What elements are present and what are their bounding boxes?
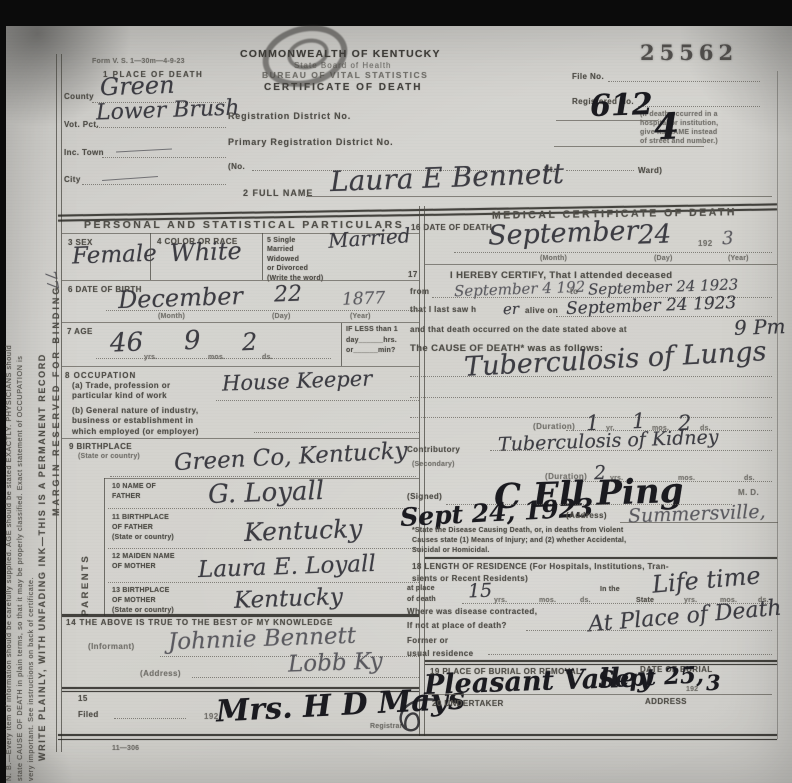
margin-nb-line-3: very important. See instructions on back… bbox=[26, 386, 35, 781]
dob-year-value: 1877 bbox=[342, 288, 386, 309]
undertaker-label: 20 UNDERTAKER bbox=[432, 699, 504, 709]
sex-row-bottom-line bbox=[62, 280, 419, 281]
vot-pct-blank-line bbox=[96, 127, 226, 128]
birthplace-value: Green Co, Kentucky bbox=[173, 438, 408, 476]
if-not-line bbox=[526, 630, 772, 631]
in-the-label: In the bbox=[600, 585, 620, 594]
former-residence-label: Former or usual residence bbox=[407, 635, 473, 661]
city-blank-line bbox=[82, 184, 226, 185]
informant-label: (Informant) bbox=[88, 642, 135, 652]
dod-row-bottom-line bbox=[425, 264, 777, 265]
where-contracted-label: Where was disease contracted, bbox=[407, 607, 537, 617]
primary-district-line bbox=[554, 146, 704, 147]
margin-write-plainly-note: WRITE PLAINLY, WITH UNFADING INK—THIS IS… bbox=[37, 181, 47, 761]
file-no-label: File No. bbox=[572, 72, 604, 82]
birthplace-line bbox=[110, 476, 416, 477]
occupation-b-line bbox=[254, 432, 419, 433]
dod-line bbox=[454, 252, 772, 253]
dob-month-label: (Month) bbox=[158, 312, 185, 321]
form-right-border bbox=[777, 71, 778, 739]
mother-name-value: Laura E. Loyall bbox=[198, 551, 377, 583]
birthplace-label: 9 BIRTHPLACE bbox=[69, 442, 132, 452]
marital-value: Married bbox=[327, 223, 411, 253]
mother-birthplace-label: 13 BIRTHPLACE OF MOTHER (State or countr… bbox=[112, 586, 174, 615]
father-birthplace-line bbox=[108, 548, 419, 549]
contributory-value: Tuberculosis of Kidney bbox=[498, 426, 719, 456]
signed-address-label: (Address) bbox=[566, 511, 607, 521]
header-certificate-title: CERTIFICATE OF DEATH bbox=[264, 81, 423, 94]
dod-day-label: (Day) bbox=[654, 254, 673, 263]
file-no-blank-line bbox=[608, 81, 760, 82]
informant-address-label: (Address) bbox=[140, 669, 181, 679]
parents-box-divider bbox=[104, 478, 105, 616]
md-label: M. D. bbox=[738, 488, 759, 498]
dod-day-value: 24 bbox=[637, 219, 671, 250]
dod-printed-year: 192 bbox=[698, 239, 713, 249]
registration-district-line bbox=[556, 120, 658, 121]
alive-on-label: alive on bbox=[525, 306, 558, 316]
street-blank-line bbox=[566, 170, 634, 171]
father-name-line bbox=[108, 508, 419, 509]
marital-label: 5 Single Married Widowed or Divorced (Wr… bbox=[267, 236, 323, 283]
form-left-border-outer bbox=[56, 54, 57, 752]
city-label: City bbox=[64, 175, 81, 185]
form-code: 11—306 bbox=[112, 744, 139, 753]
county-label: County bbox=[64, 92, 94, 102]
parents-label: PARENTS bbox=[80, 488, 91, 616]
age-line bbox=[96, 358, 331, 359]
header-bureau: BUREAU OF VITAL STATISTICS bbox=[262, 70, 428, 81]
dob-day-value: 22 bbox=[274, 282, 303, 308]
mother-birthplace-value: Kentucky bbox=[234, 584, 344, 614]
scanned-death-certificate: N. B.—Every item of information should b… bbox=[0, 0, 792, 783]
at-place-label: at place of death bbox=[407, 584, 436, 605]
filed-no: 15 bbox=[78, 694, 88, 704]
signed-address-line bbox=[620, 522, 778, 523]
if-less-label: IF LESS than 1 day______hrs. or______min… bbox=[346, 325, 398, 357]
from-label: from bbox=[410, 287, 429, 297]
signature-flourish bbox=[392, 694, 440, 738]
certificate-stamp-number: 25562 bbox=[640, 40, 738, 65]
burial-line bbox=[428, 694, 772, 695]
dob-year-label: (Year) bbox=[350, 312, 371, 321]
cause-line-1 bbox=[410, 376, 772, 377]
filed-date-line bbox=[114, 718, 186, 719]
dod-label: 16 DATE OF DEATH bbox=[411, 223, 492, 233]
burial-printed-year: 192 bbox=[686, 685, 698, 694]
dob-line bbox=[106, 310, 421, 311]
full-name-label: 2 FULL NAME bbox=[243, 188, 313, 200]
sex-race-divider bbox=[150, 233, 151, 280]
primary-district-value: 4 bbox=[653, 106, 680, 149]
last-saw-her: er bbox=[503, 300, 520, 319]
county-value: Green bbox=[100, 71, 175, 102]
header-commonwealth: COMMONWEALTH OF KENTUCKY bbox=[240, 48, 441, 62]
father-name-label: 10 NAME OF FATHER bbox=[112, 482, 156, 502]
certify-number: 17 bbox=[408, 270, 418, 280]
last-saw-label: that I last saw h bbox=[410, 305, 476, 315]
primary-district-label: Primary Registration District No. bbox=[228, 137, 393, 149]
secondary-label: (Secondary) bbox=[412, 460, 455, 469]
filed-label: Filed bbox=[78, 710, 99, 720]
registration-district-value: 612 bbox=[589, 87, 653, 124]
no-label: (No. bbox=[228, 162, 245, 172]
dob-day-label: (Day) bbox=[272, 312, 291, 321]
death-occurred-label: and that death occurred on the date stat… bbox=[410, 325, 627, 335]
full-name-value: Laura E Bennett bbox=[329, 157, 564, 198]
residence-section-rule bbox=[425, 557, 777, 559]
bottom-rule-bottom bbox=[58, 739, 777, 741]
birthplace-sublabel: (State or country) bbox=[78, 452, 140, 461]
age-days-value: 2 bbox=[242, 328, 258, 357]
vot-pct-value: Lower Brush bbox=[96, 96, 240, 126]
undertaker-address-label: ADDRESS bbox=[645, 697, 687, 707]
inc-town-dash-mark bbox=[116, 149, 172, 153]
ward-label: Ward) bbox=[638, 166, 662, 176]
full-name-line bbox=[306, 196, 772, 197]
if-not-label: If not at place of death? bbox=[407, 621, 507, 631]
contributory-label: Contributory bbox=[407, 445, 460, 455]
margin-nb-line-2: state CAUSE OF DEATH in plain terms, so … bbox=[15, 386, 24, 781]
inc-town-label: Inc. Town bbox=[64, 148, 104, 158]
form-number: Form V. S. 1—30m—4-9-23 bbox=[92, 57, 185, 66]
inc-town-blank-line bbox=[102, 157, 226, 158]
age-months-value: 9 bbox=[183, 326, 201, 357]
signed-address-value: Summersville, bbox=[628, 501, 766, 528]
cause-line-2 bbox=[410, 397, 772, 398]
at-place-value: 15 bbox=[468, 580, 493, 603]
certificate-paper: N. B.—Every item of information should b… bbox=[6, 26, 792, 783]
occupation-a-line bbox=[216, 400, 419, 401]
vot-pct-label: Vot. Pct. bbox=[64, 120, 99, 130]
informant-address-value: Lobb Ky bbox=[288, 648, 383, 677]
registration-district-label: Registration District No. bbox=[228, 111, 351, 123]
contributory-line bbox=[490, 450, 772, 451]
father-birthplace-value: Kentucky bbox=[244, 514, 363, 547]
father-birthplace-label: 11 BIRTHPLACE OF FATHER (State or countr… bbox=[112, 513, 174, 542]
city-dash-mark bbox=[102, 176, 158, 181]
stray-ink-mark: 77 bbox=[41, 269, 62, 291]
informant-address-line bbox=[192, 677, 419, 678]
former-residence-line bbox=[488, 654, 772, 655]
violent-causes-note: *State the Disease Causing Death, or, in… bbox=[412, 526, 626, 556]
occupation-a-label: (a) Trade, profession or particular kind… bbox=[72, 381, 171, 402]
dod-month-label: (Month) bbox=[540, 254, 567, 263]
father-name-value: G. Loyall bbox=[208, 476, 325, 510]
to-label: to bbox=[570, 287, 578, 297]
if-less-divider bbox=[341, 323, 342, 366]
residence-label: 18 LENGTH OF RESIDENCE (For Hospitals, I… bbox=[412, 561, 669, 585]
occupation-a-value: House Keeper bbox=[222, 366, 373, 395]
occupation-b-label: (b) General nature of industry, business… bbox=[72, 406, 199, 437]
dod-year-label: (Year) bbox=[728, 254, 749, 263]
burial-year-value: 3 bbox=[706, 670, 721, 695]
form-left-border-inner bbox=[61, 54, 62, 752]
occupation-row-bottom-line bbox=[62, 438, 419, 439]
age-label: 7 AGE bbox=[67, 327, 93, 337]
age-years-value: 46 bbox=[109, 327, 143, 358]
mother-name-line bbox=[108, 582, 419, 583]
dod-year-value: 3 bbox=[722, 228, 734, 249]
dod-month-value: September bbox=[488, 215, 639, 251]
sex-value: Female bbox=[72, 241, 158, 270]
race-marital-divider bbox=[262, 233, 263, 280]
race-value: White bbox=[170, 237, 243, 267]
occupation-label: 8 OCCUPATION bbox=[65, 371, 136, 381]
margin-nb-line-1: N. B.—Every item of information should b… bbox=[4, 386, 13, 781]
informant-section-rule bbox=[62, 614, 419, 617]
burial-rule-top bbox=[425, 660, 777, 662]
mother-name-label: 12 MAIDEN NAME OF MOTHER bbox=[112, 552, 175, 572]
dob-row-bottom-line bbox=[62, 322, 419, 323]
